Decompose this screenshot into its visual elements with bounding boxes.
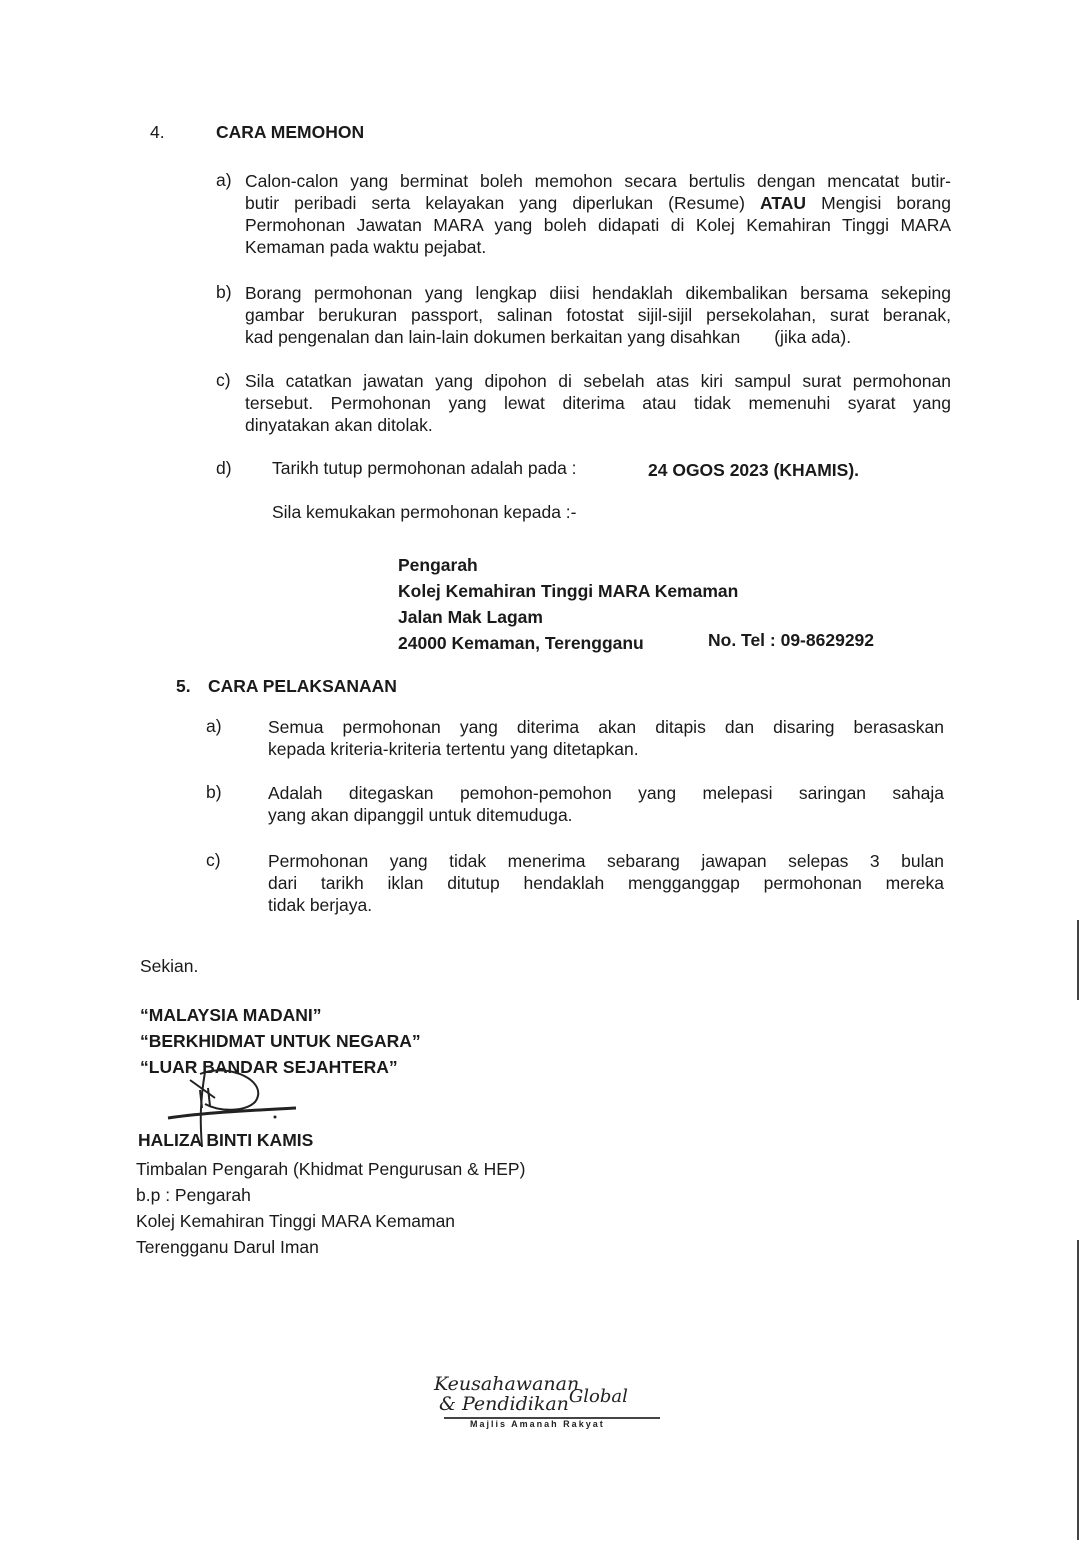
- closing-sekian: Sekian.: [140, 956, 198, 977]
- item-4d-label: d): [216, 458, 232, 479]
- item-5b-text: Adalah ditegaskan pemohon-pemohon yang m…: [268, 782, 944, 826]
- scan-edge: [1077, 920, 1079, 1000]
- item-4d-text: Tarikh tutup permohonan adalah pada :: [272, 458, 577, 479]
- closing-date: 24 OGOS 2023 (KHAMIS).: [648, 460, 859, 481]
- item-5c-label: c): [206, 850, 221, 871]
- scan-edge: [1077, 1240, 1079, 1540]
- section-4-number: 4.: [150, 122, 165, 143]
- footer-logo: Keusahawanan & PendidikanGlobal Majlis A…: [434, 1374, 670, 1429]
- item-4c-text: Sila catatkan jawatan yang dipohon di se…: [245, 370, 951, 436]
- submit-to-label: Sila kemukakan permohonan kepada :-: [272, 502, 577, 523]
- item-4c-label: c): [216, 370, 231, 391]
- item-5a-label: a): [206, 716, 222, 737]
- item-4a-label: a): [216, 170, 232, 191]
- motto: “MALAYSIA MADANI”: [140, 1002, 421, 1028]
- item-5c-text: Permohonan yang tidak menerima sebarang …: [268, 850, 944, 916]
- item-5b-label: b): [206, 782, 222, 803]
- signatory-details: Timbalan Pengarah (Khidmat Pengurusan & …: [136, 1156, 525, 1260]
- phone-number: No. Tel : 09-8629292: [708, 630, 874, 651]
- item-4b-label: b): [216, 282, 232, 303]
- signatory-name: HALIZA BINTI KAMIS: [138, 1130, 313, 1151]
- address-block: Pengarah Kolej Kemahiran Tinggi MARA Kem…: [398, 552, 738, 656]
- section-4-title: CARA MEMOHON: [216, 122, 364, 143]
- item-4a-line2: butir peribadi serta kelayakan yang dipe…: [245, 192, 951, 214]
- section-5-number: 5.: [176, 676, 191, 697]
- section-5-title: CARA PELAKSANAAN: [208, 676, 397, 697]
- motto: “BERKHIDMAT UNTUK NEGARA”: [140, 1028, 421, 1054]
- item-5a-text: Semua permohonan yang diterima akan dita…: [268, 716, 944, 760]
- item-4b-text: Borang permohonan yang lengkap diisi hen…: [245, 282, 951, 348]
- item-4a-text: Calon-calon yang berminat boleh memohon …: [245, 170, 951, 258]
